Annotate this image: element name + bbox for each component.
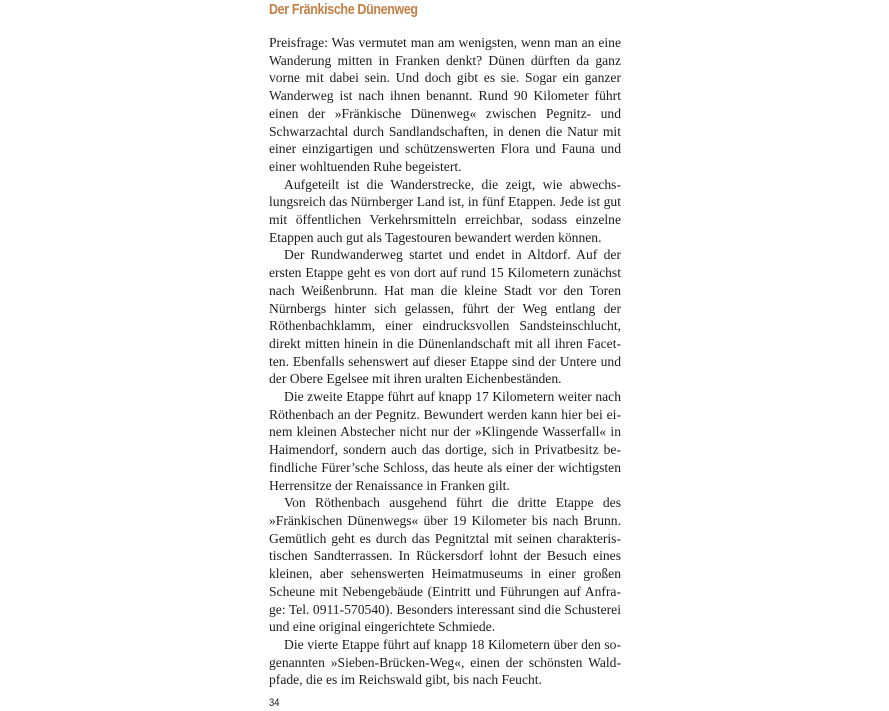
paragraph-stage-three: Von Röthenbach ausgehend führt die dritt… <box>269 494 621 636</box>
paragraph-intro: Preisfrage: Was vermutet man am wenigste… <box>269 34 621 176</box>
paragraph-stage-two: Die zweite Etappe führt auf knapp 17 Kil… <box>269 388 621 494</box>
paragraph-stage-one: Der Rundwanderweg startet und endet in A… <box>269 246 621 388</box>
page-number: 34 <box>269 697 279 709</box>
section-heading: Der Fränkische Dünenweg <box>269 1 418 19</box>
paragraph-stages-overview: Aufgeteilt ist die Wanderstrecke, die ze… <box>269 176 621 247</box>
paragraph-stage-four: Die vierte Etappe führt auf knapp 18 Kil… <box>269 636 621 689</box>
body-text: Preisfrage: Was vermutet man am wenigste… <box>269 34 621 689</box>
book-page: Der Fränkische Dünenweg Preisfrage: Was … <box>269 0 621 711</box>
